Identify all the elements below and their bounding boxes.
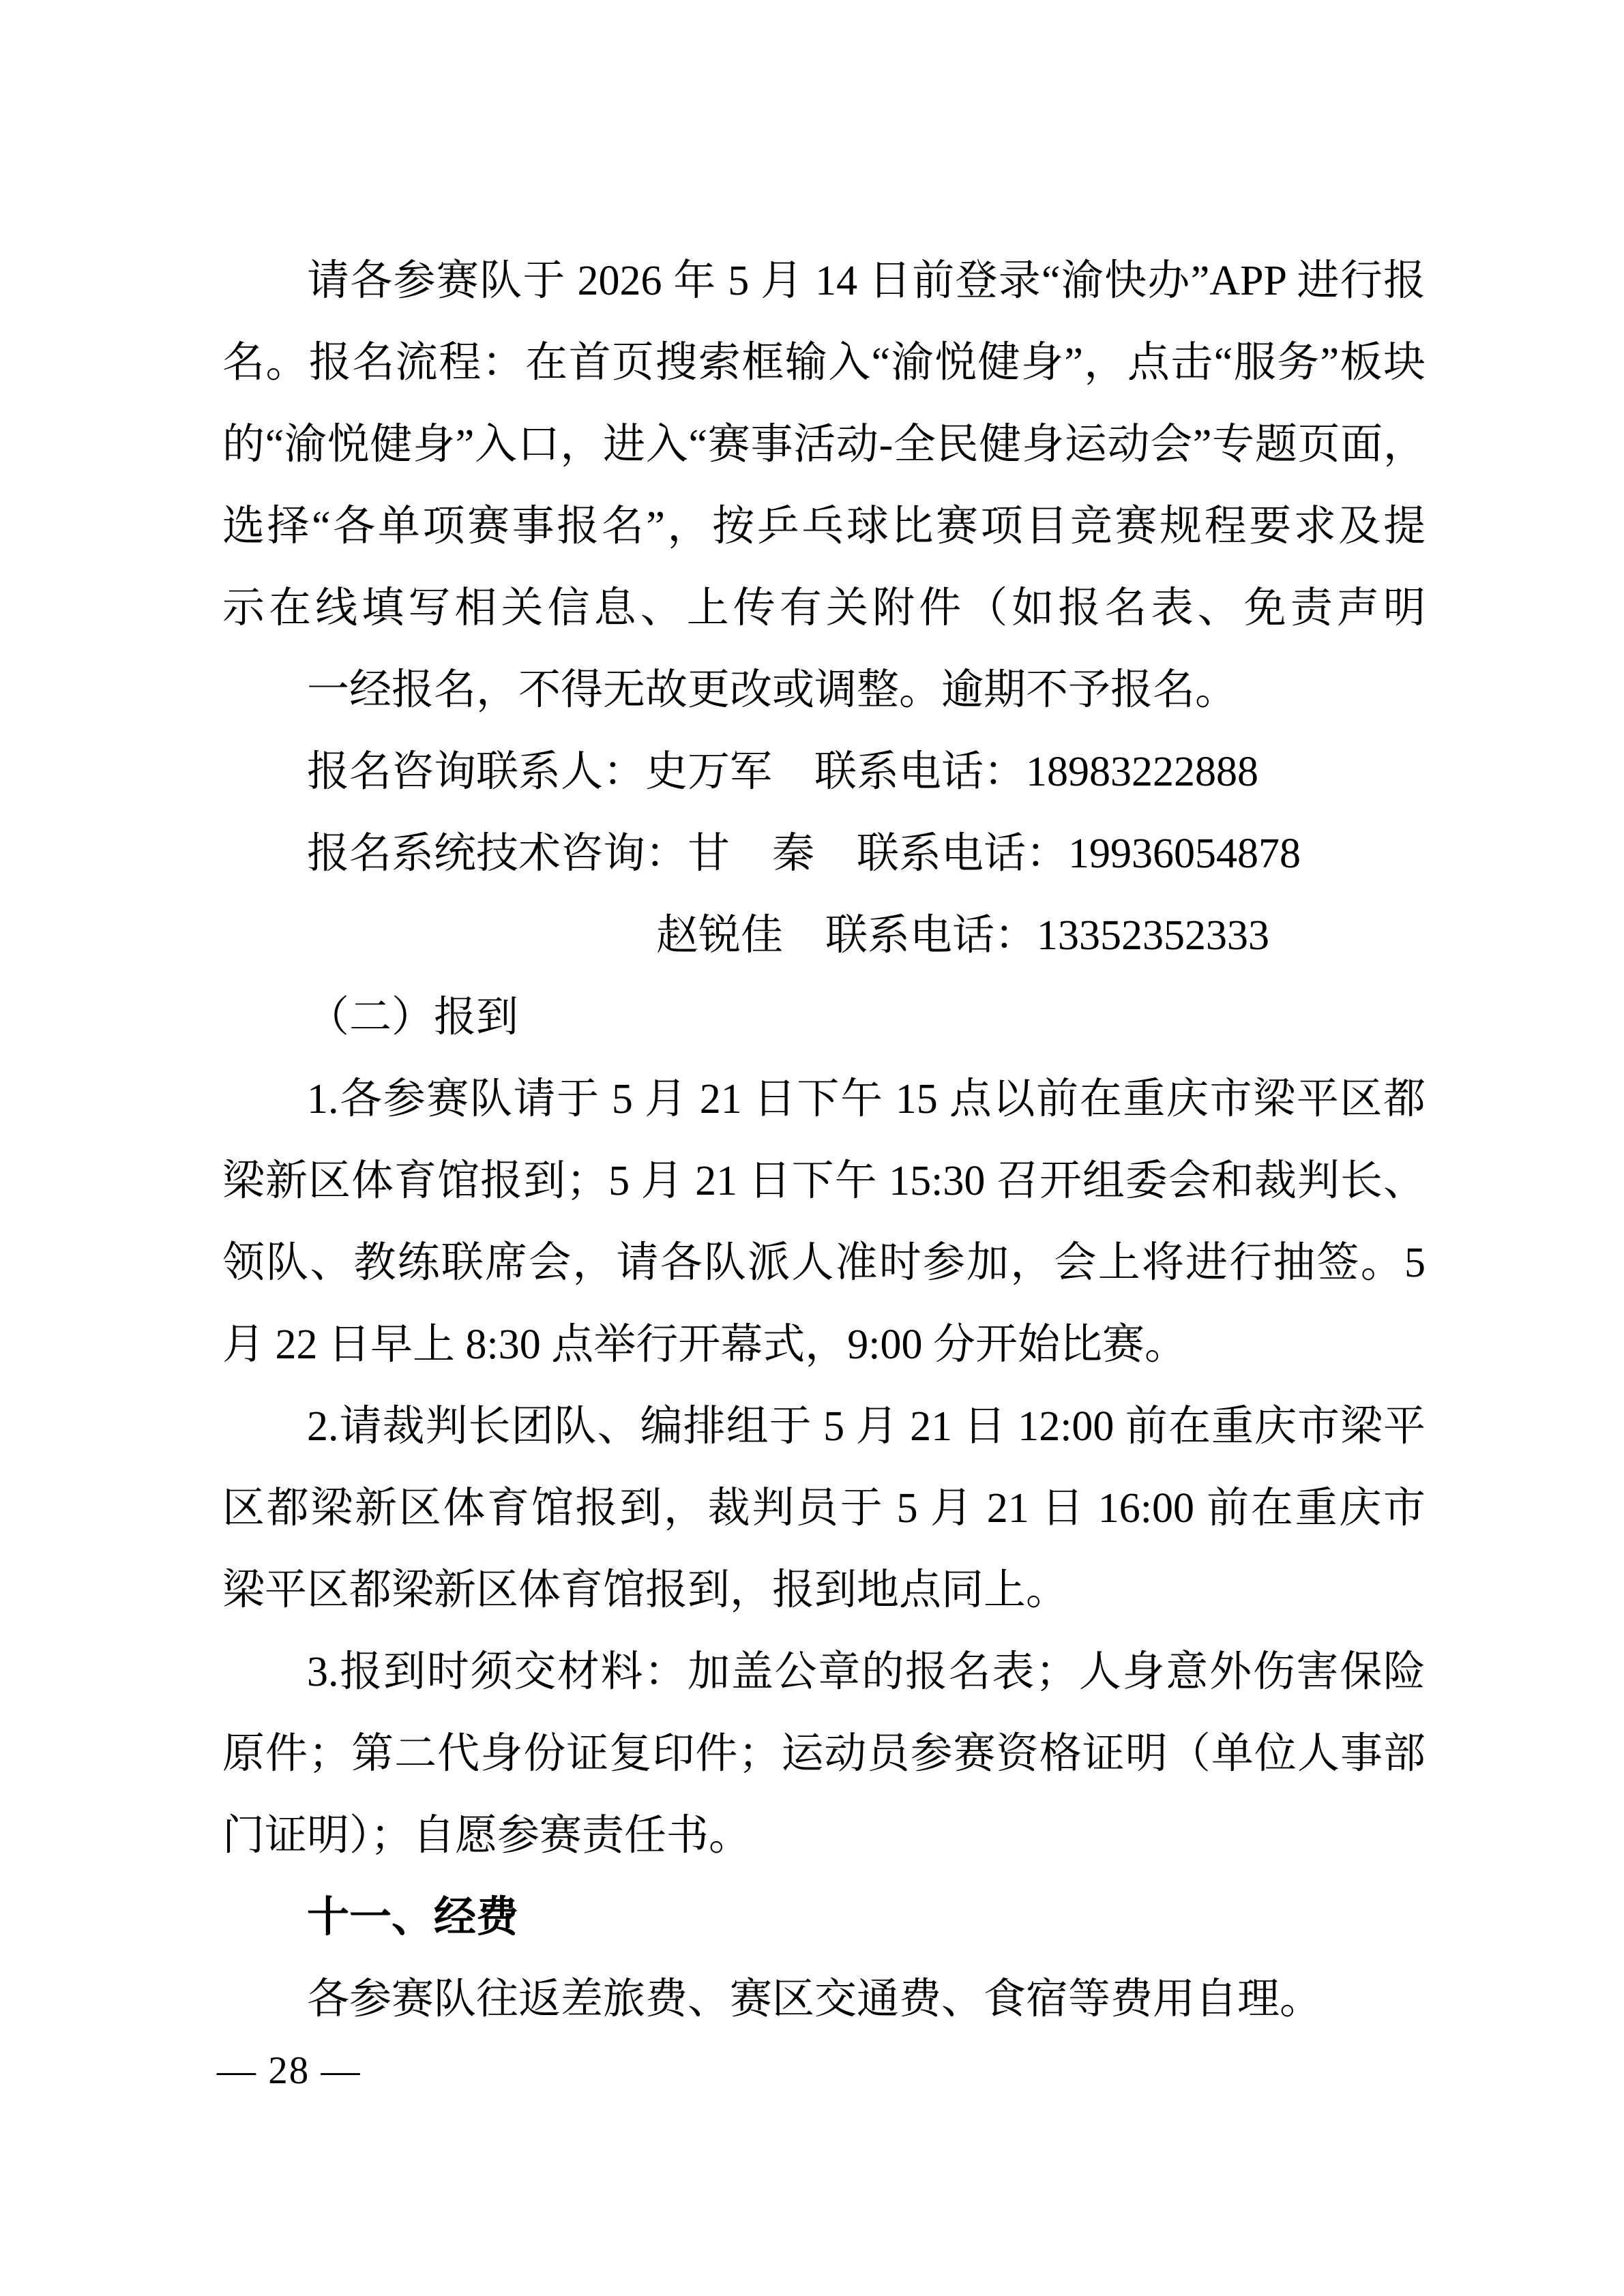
text-line: 3.报到时须交材料：加盖公章的报名表；人身意外伤害保险 xyxy=(222,1631,1426,1713)
text-line: 选择“各单项赛事报名”，按乒乓球比赛项目竞赛规程要求及提 xyxy=(222,486,1426,567)
text-line: 门证明）；自愿参赛责任书。 xyxy=(222,1795,1426,1877)
document-page: 请各参赛队于 2026 年 5 月 14 日前登录“渝快办”APP 进行报 名。… xyxy=(0,0,1624,2296)
text-line: 示在线填写相关信息、上传有关附件（如报名表、免责声明等）。 xyxy=(222,567,1426,649)
text-line: 区都梁新区体育馆报到，裁判员于 5 月 21 日 16:00 前在重庆市 xyxy=(222,1467,1426,1549)
text-line: 1.各参赛队请于 5 月 21 日下午 15 点以前在重庆市梁平区都 xyxy=(222,1058,1426,1140)
text-line: 梁新区体育馆报到；5 月 21 日下午 15:30 召开组委会和裁判长、 xyxy=(222,1140,1426,1222)
text-line: 请各参赛队于 2026 年 5 月 14 日前登录“渝快办”APP 进行报 xyxy=(222,240,1426,322)
text-line: 名。报名流程：在首页搜索框输入“渝悦健身”，点击“服务”板块 xyxy=(222,322,1426,404)
text-line: 领队、教练联席会，请各队派人准时参加，会上将进行抽签。5 xyxy=(222,1222,1426,1304)
section-heading: 十一、经费 xyxy=(222,1877,1426,1958)
text-line: 一经报名，不得无故更改或调整。逾期不予报名。 xyxy=(222,649,1426,731)
document-body: 请各参赛队于 2026 年 5 月 14 日前登录“渝快办”APP 进行报 名。… xyxy=(222,240,1426,2040)
contact-line: 报名咨询联系人：史万军 联系电话：18983222888 xyxy=(222,731,1426,813)
contact-line: 报名系统技术咨询：甘 秦 联系电话：19936054878 xyxy=(222,813,1426,895)
text-line: 各参赛队往返差旅费、赛区交通费、食宿等费用自理。 xyxy=(222,1958,1426,2040)
text-line: 2.请裁判长团队、编排组于 5 月 21 日 12:00 前在重庆市梁平 xyxy=(222,1386,1426,1467)
subsection-heading: （二）报到 xyxy=(222,976,1426,1058)
text-line: 梁平区都梁新区体育馆报到，报到地点同上。 xyxy=(222,1549,1426,1631)
text-line: 的“渝悦健身”入口，进入“赛事活动-全民健身运动会”专题页面， xyxy=(222,404,1426,486)
contact-line: 赵锐佳 联系电话：13352352333 xyxy=(222,895,1426,976)
text-line: 月 22 日早上 8:30 点举行开幕式，9:00 分开始比赛。 xyxy=(222,1304,1426,1386)
text-line: 原件；第二代身份证复印件；运动员参赛资格证明（单位人事部 xyxy=(222,1713,1426,1795)
page-number: — 28 — xyxy=(217,2047,361,2095)
